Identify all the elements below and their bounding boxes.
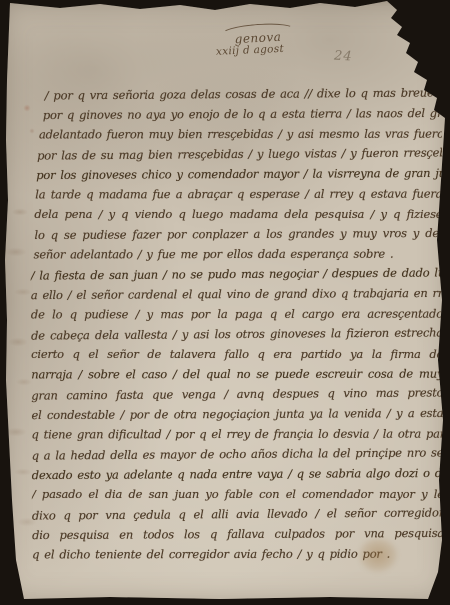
manuscript-line: por los ginoveses chico y comendador may… <box>36 163 442 185</box>
manuscript-line: gran camino fasta que venga / avnq despu… <box>31 382 443 405</box>
manuscript-line: la tarde q madama fue a abraçar q espera… <box>35 184 442 205</box>
manuscript-line: / por q vra señoria goza delas cosas de … <box>45 83 442 106</box>
manuscript-page: genova xxiij d agost 24 / por q vra seño… <box>0 0 450 605</box>
manuscript-line: / la fiesta de san juan / no se pudo mas… <box>31 262 443 285</box>
manuscript-line: de cabeça dela vallesta / y asi los otro… <box>31 322 443 345</box>
manuscript-line: lo q se pudiese fazer por conplazer a lo… <box>34 223 442 245</box>
manuscript-line: q a la hedad della es mayor de ocho años… <box>32 442 444 465</box>
manuscript-line: por q ginoves no aya yo enojo de lo q a … <box>43 103 442 125</box>
manuscript-line: dixo q por vna çedula q el alli avia lle… <box>32 502 444 525</box>
manuscript-line: narraja / sobre el caso / del qual no se… <box>31 364 443 385</box>
manuscript-line: dexado esto ya adelante q nada entre vay… <box>32 463 444 485</box>
manuscript-line: adelantado fueron muy bien rresçebidas /… <box>39 124 442 145</box>
manuscript-line: / pasado el dia de san juan yo fable con… <box>32 484 444 504</box>
manuscript-line: de lo q pudiese / y mas por la paga q el… <box>31 304 443 325</box>
ink-stain <box>352 532 404 578</box>
photo-backdrop: genova xxiij d agost 24 / por q vra seño… <box>0 0 450 605</box>
manuscript-text-block: / por q vra señoria goza delas cosas de … <box>30 83 445 575</box>
manuscript-line: q tiene gran dificultad / por q el rrey … <box>32 424 444 445</box>
archival-heading: genova xxiij d agost <box>188 24 328 56</box>
manuscript-line: por las de su mag bien rresçebidas / y l… <box>37 142 442 165</box>
folio-number: 24 <box>334 49 353 65</box>
manuscript-line: el condestable / por de otra negoçiaçion… <box>31 403 443 425</box>
manuscript-line: señor adelantado / y fue me por ellos da… <box>34 244 443 265</box>
manuscript-line: a ello / el señor cardenal el qual vino … <box>31 283 443 305</box>
manuscript-line: dela pena / y q viendo q luego madama de… <box>34 204 442 224</box>
manuscript-line: cierto q el señor de talavera fallo q er… <box>31 344 443 364</box>
